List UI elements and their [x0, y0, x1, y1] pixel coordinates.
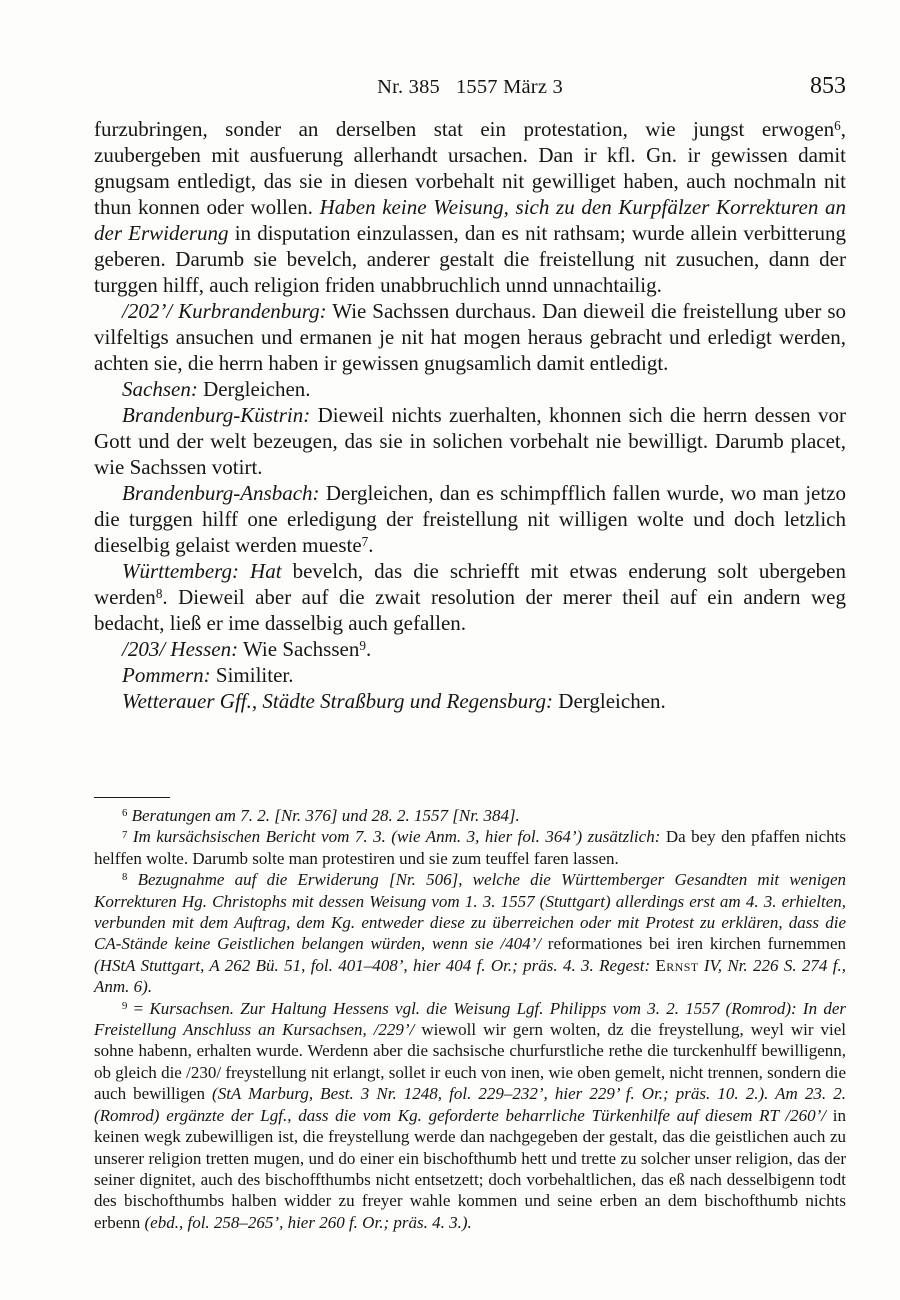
body-paragraph: Sachsen: Dergleichen.	[94, 376, 846, 402]
text-segment: .	[366, 637, 371, 661]
footnote-marker: 6	[122, 807, 127, 819]
scanned-page: Nr. 385 1557 März 3 853 furzubringen, so…	[0, 0, 900, 1300]
text-segment: (HStA Stuttgart, A 262 Bü. 51, fol. 401–…	[94, 956, 655, 975]
footnote-marker: 7	[122, 829, 127, 841]
text-segment: .	[368, 533, 373, 557]
body-paragraph: Pommern: Similiter.	[94, 662, 846, 688]
footnote: 8 Bezugnahme auf die Erwiderung [Nr. 506…	[94, 869, 846, 997]
footnote-marker: 8	[156, 586, 163, 601]
footnote: 6 Beratungen am 7. 2. [Nr. 376] und 28. …	[94, 805, 846, 826]
text-segment: Sachsen:	[122, 377, 198, 401]
footnote-marker: 7	[362, 534, 369, 549]
body-paragraph: Wetterauer Gff., Städte Straßburg und Re…	[94, 688, 846, 714]
text-segment: . Dieweil aber auf die zwait resolution …	[94, 585, 846, 635]
page-header: Nr. 385 1557 März 3 853	[94, 76, 846, 104]
body-paragraph: Brandenburg-Küstrin: Dieweil nichts zuer…	[94, 402, 846, 480]
text-segment: furzubringen, sonder an derselben stat e…	[94, 117, 834, 141]
text-segment: Brandenburg-Ansbach:	[122, 481, 320, 505]
text-segment: Ernst	[655, 956, 698, 975]
body-text: furzubringen, sonder an derselben stat e…	[94, 116, 846, 714]
body-paragraph: /203/ Hessen: Wie Sachssen9.	[94, 636, 846, 662]
text-segment: Pommern:	[122, 663, 211, 687]
footnote: 9 = Kursachsen. Zur Haltung Hessens vgl.…	[94, 998, 846, 1233]
text-segment: reformationes bei iren kirchen furnemmen	[548, 934, 846, 953]
text-segment: Wetterauer Gff., Städte Straßburg und Re…	[122, 689, 553, 713]
body-paragraph: Brandenburg-Ansbach: Dergleichen, dan es…	[94, 480, 846, 558]
footnote-marker: 6	[834, 118, 841, 133]
text-segment: /203/ Hessen:	[122, 637, 238, 661]
footnote-separator	[94, 797, 170, 798]
text-segment: Wie Sachssen	[238, 637, 359, 661]
text-segment: =	[127, 999, 149, 1018]
text-segment: Im kursächsischen Bericht vom 7. 3. (wie…	[127, 827, 665, 846]
footnote-marker: 8	[122, 871, 127, 883]
text-segment: Württemberg: Hat	[122, 559, 282, 583]
page-number: 853	[810, 73, 846, 100]
text-segment: Brandenburg-Küstrin:	[122, 403, 310, 427]
footnote-marker: 9	[359, 638, 366, 653]
footnote: 7 Im kursächsischen Bericht vom 7. 3. (w…	[94, 826, 846, 869]
body-paragraph: furzubringen, sonder an derselben stat e…	[94, 116, 846, 298]
body-paragraph: Württemberg: Hat bevelch, das die schrie…	[94, 558, 846, 636]
text-segment: (ebd., fol. 258–265’, hier 260 f. Or.; p…	[145, 1213, 472, 1232]
body-paragraph: /202’/ Kurbrandenburg: Wie Sachssen durc…	[94, 298, 846, 376]
footnotes-section: 6 Beratungen am 7. 2. [Nr. 376] und 28. …	[94, 797, 846, 1233]
text-segment: Beratungen am 7. 2. [Nr. 376] und 28. 2.…	[127, 806, 519, 825]
text-segment: Similiter.	[211, 663, 294, 687]
text-segment: Dergleichen.	[198, 377, 311, 401]
text-segment: Dergleichen.	[553, 689, 666, 713]
running-title: Nr. 385 1557 März 3	[94, 76, 846, 99]
text-segment: /202’/ Kurbrandenburg:	[122, 299, 327, 323]
footnote-marker: 9	[122, 1000, 127, 1012]
